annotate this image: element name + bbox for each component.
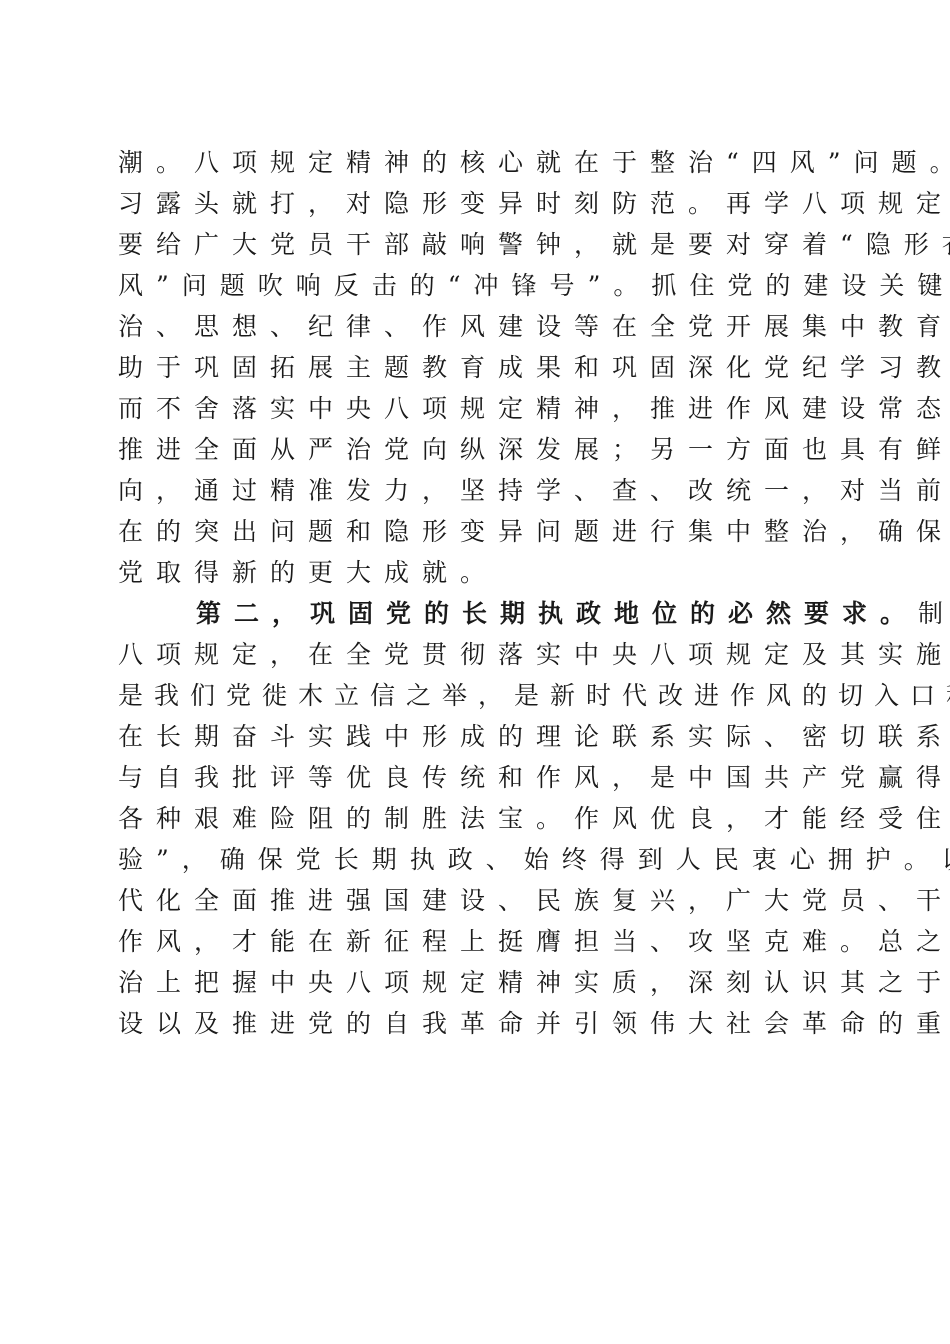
text-line: 潮。八项规定精神的核心就在于整治“四风”问题。对歪风陋	[118, 142, 830, 183]
document-page: 潮。八项规定精神的核心就在于整治“四风”问题。对歪风陋 习露头就打，对隐形变异时…	[0, 0, 950, 1344]
text-line: 而不舍落实中央八项规定精神，推进作风建设常态化长效化，	[118, 388, 830, 429]
text-line: 各种艰难险阻的制胜法宝。作风优良，才能经受住“四大考	[118, 798, 830, 839]
text-line: 作风，才能在新征程上挺膺担当、攻坚克难。总之，必须从政	[118, 921, 830, 962]
paragraph-1: 潮。八项规定精神的核心就在于整治“四风”问题。对歪风陋 习露头就打，对隐形变异时…	[118, 142, 830, 593]
text-line: 设以及推进党的自我革命并引领伟大社会革命的重要意义。	[118, 1003, 830, 1044]
text-line: 党取得新的更大成就。	[118, 552, 830, 593]
text-line: 治上把握中央八项规定精神实质，深刻认识其之于党的作风建	[118, 962, 830, 1003]
text-line: 风”问题吹响反击的“冲锋号”。抓住党的建设关键领域即政	[118, 265, 830, 306]
section-heading: 第二，巩固党的长期执政地位的必然要求。	[196, 599, 918, 628]
text-line: 在的突出问题和隐形变异问题进行集中整治，确保全面从严治	[118, 511, 830, 552]
text-line: 要给广大党员干部敲响警钟，就是要对穿着“隐形衣”的“四	[118, 224, 830, 265]
text-line: 治、思想、纪律、作风建设等在全党开展集中教育，一方面有	[118, 306, 830, 347]
document-body: 潮。八项规定精神的核心就在于整治“四风”问题。对歪风陋 习露头就打，对隐形变异时…	[118, 142, 830, 1044]
text-line: 助于巩固拓展主题教育成果和巩固深化党纪学习教育成果，锲	[118, 347, 830, 388]
text-line: 是我们党徙木立信之举，是新时代改进作风的切入口和动员令。	[118, 675, 830, 716]
text-line: 向，通过精准发力，坚持学、查、改统一，对当前作风建设存	[118, 470, 830, 511]
text-line: 推进全面从严治党向纵深发展；另一方面也具有鲜明的问题导	[118, 429, 830, 470]
text-line: 代化全面推进强国建设、民族复兴，广大党员、干部要有过硬	[118, 880, 830, 921]
text-line: 验”，确保党长期执政、始终得到人民衷心拥护。以中国式现	[118, 839, 830, 880]
text-line: 第二，巩固党的长期执政地位的必然要求。制定实施中央	[118, 593, 830, 634]
text-line: 在长期奋斗实践中形成的理论联系实际、密切联系群众、批评	[118, 716, 830, 757]
text-line: 八项规定，在全党贯彻落实中央八项规定及其实施细则精神，	[118, 634, 830, 675]
text-line: 习露头就打，对隐形变异时刻防范。再学八项规定精神，就是	[118, 183, 830, 224]
text-line: 与自我批评等优良传统和作风，是中国共产党赢得群众、战胜	[118, 757, 830, 798]
paragraph-2: 第二，巩固党的长期执政地位的必然要求。制定实施中央 八项规定，在全党贯彻落实中央…	[118, 593, 830, 1044]
text-run: 制定实施中央	[918, 599, 950, 628]
